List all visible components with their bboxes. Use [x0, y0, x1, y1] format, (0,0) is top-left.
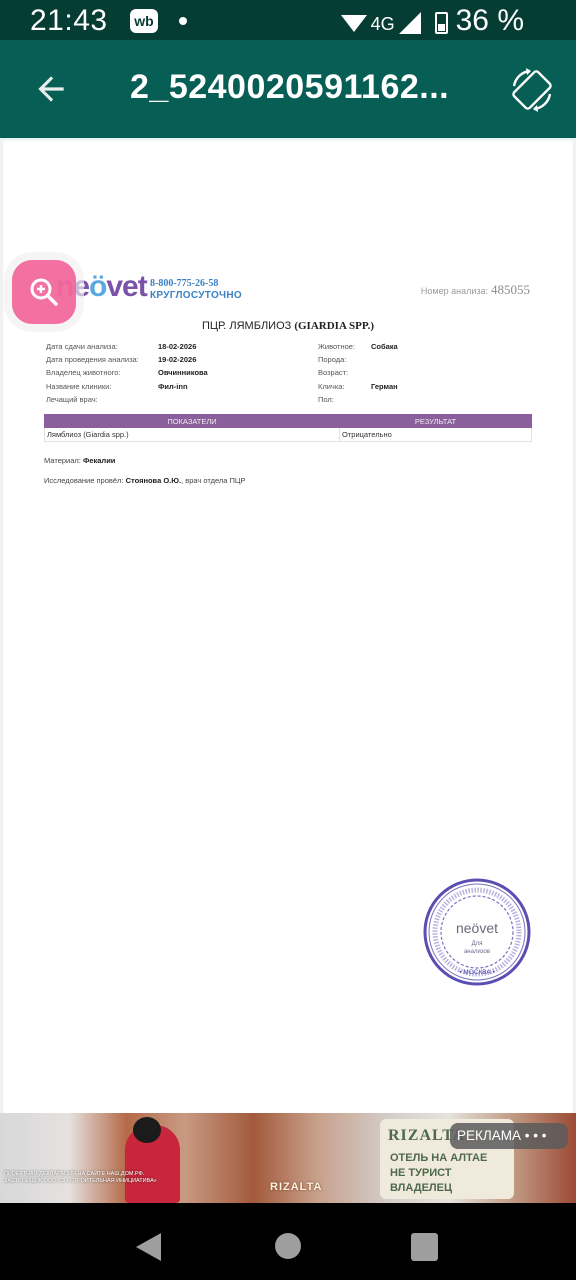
- results-table: ПОКАЗАТЕЛИ РЕЗУЛЬТАТ Лямблиоз (Giardia s…: [44, 414, 532, 442]
- ad-slogan: ОТЕЛЬ НА АЛТАЕ НЕ ТУРИСТ ВЛАДЕЛЕЦ: [390, 1151, 487, 1196]
- animal-info: Животное:Собака Порода: Возраст: Кличка:…: [318, 340, 398, 406]
- nav-recents-icon[interactable]: [411, 1233, 438, 1261]
- cell-signal-icon: [399, 12, 421, 34]
- file-name-title: 2_5240020591162...: [130, 68, 449, 107]
- ad-disclaimer: Проектная декларация на сайте наш.дом.рф…: [4, 1171, 164, 1185]
- analysis-number: Номер анализа:485055: [421, 282, 530, 298]
- column-header-indicators: ПОКАЗАТЕЛИ: [45, 415, 340, 428]
- clinic-hours: КРУГЛОСУТОЧНО: [150, 290, 242, 301]
- info-row: Кличка:Герман: [318, 380, 398, 393]
- info-row: Дата проведения анализа:19-02-2026: [46, 353, 208, 366]
- wildberries-notification-icon: wb: [130, 9, 158, 33]
- info-row: Порода:: [318, 353, 398, 366]
- clinic-phone: 8-800-775-26-58: [150, 278, 218, 289]
- wifi-icon: [341, 15, 367, 32]
- ad-label-button[interactable]: РЕКЛАМА • • •: [450, 1123, 568, 1149]
- info-row: Возраст:: [318, 366, 398, 379]
- ad-person-head: [133, 1117, 161, 1143]
- zoom-in-icon: [28, 276, 60, 308]
- column-header-result: РЕЗУЛЬТАТ: [340, 415, 532, 428]
- app-bar: 2_5240020591162...: [0, 40, 576, 138]
- info-row: Пол:: [318, 393, 398, 406]
- more-notifications-dot-icon: [179, 17, 187, 25]
- status-bar: 21:43 wb 4G 36 %: [0, 0, 576, 40]
- clock: 21:43: [30, 4, 108, 38]
- clinic-stamp: neövet Для анализов • МОСКВА •: [423, 878, 531, 986]
- network-type: 4G: [371, 14, 395, 35]
- info-row: Владелец животного:Овчинникова: [46, 366, 208, 379]
- ad-building-sign: RIZALTA: [270, 1181, 322, 1193]
- info-row: Название клиники:Фил-inn: [46, 380, 208, 393]
- material-line: Материал: Фекалии: [44, 456, 115, 465]
- performed-by-line: Исследование провёл: Стоянова О.Ю., врач…: [44, 476, 245, 485]
- battery-icon: [435, 12, 448, 34]
- battery-percent: 36 %: [456, 4, 524, 38]
- svg-text:neövet: neövet: [456, 920, 498, 936]
- status-indicators: 4G 36 %: [341, 4, 524, 38]
- info-row: Дата сдачи анализа:18-02-2026: [46, 340, 208, 353]
- system-navigation-bar: [0, 1203, 576, 1280]
- advertisement-banner[interactable]: Проектная декларация на сайте наш.дом.рф…: [0, 1113, 576, 1203]
- nav-home-icon[interactable]: [275, 1233, 301, 1259]
- nav-back-icon[interactable]: [136, 1233, 161, 1261]
- screen-rotate-icon[interactable]: [508, 66, 556, 114]
- table-row: Лямблиоз (Giardia spp.) Отрицательно: [45, 428, 532, 442]
- back-arrow-icon[interactable]: [32, 70, 70, 108]
- sample-info: Дата сдачи анализа:18-02-2026 Дата прове…: [46, 340, 208, 406]
- svg-text:Для: Для: [472, 941, 483, 947]
- info-row: Лечащий врач:: [46, 393, 208, 406]
- document-title: ПЦР. ЛЯМБЛИОЗ (GIARDIA SPP.): [0, 320, 576, 332]
- svg-text:анализов: анализов: [464, 949, 490, 955]
- svg-text:• МОСКВА •: • МОСКВА •: [459, 969, 495, 976]
- zoom-button[interactable]: [12, 260, 76, 324]
- info-row: Животное:Собака: [318, 340, 398, 353]
